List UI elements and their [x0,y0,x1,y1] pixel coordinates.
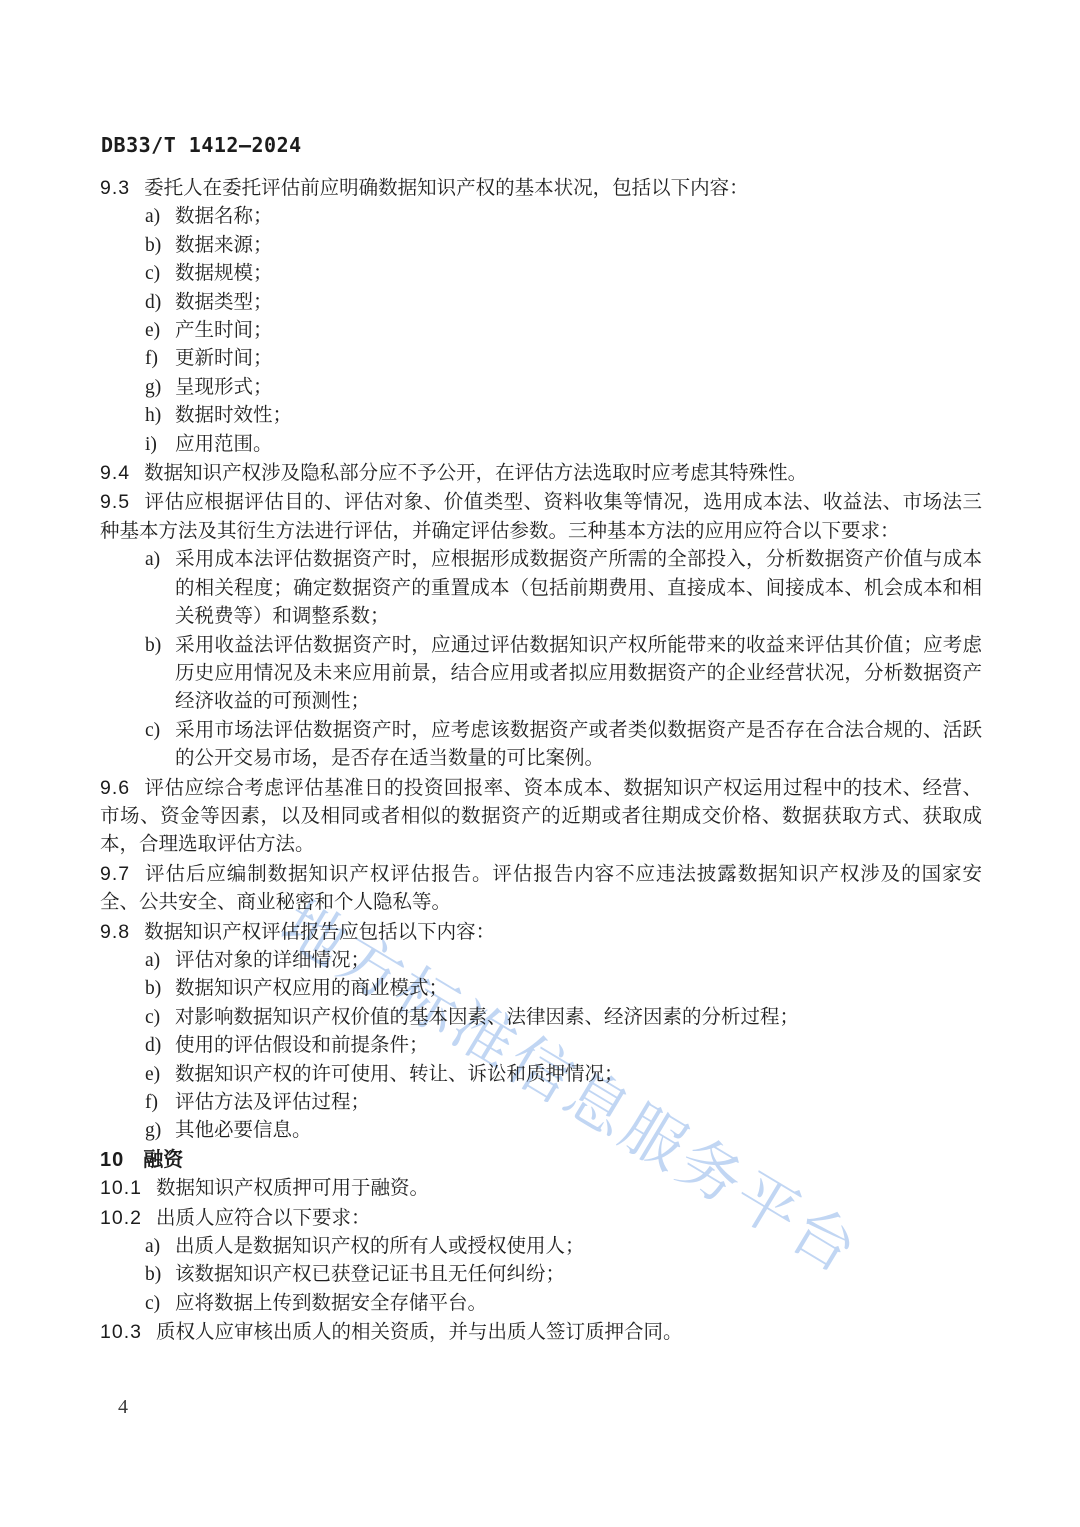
list-item: c)数据规模； [100,260,982,288]
item-letter: a) [145,203,175,231]
clause-number: 10.2 [100,1204,142,1232]
item-letter: c) [145,1004,175,1032]
item-letter: b) [145,975,175,1003]
clause-10-2-items: a)出质人是数据知识产权的所有人或授权使用人； b)该数据知识产权已获登记证书且… [100,1233,982,1318]
item-text: 使用的评估假设和前提条件； [175,1035,429,1056]
item-letter: a) [145,1233,175,1261]
list-item: g)其他必要信息。 [100,1117,982,1145]
clause-text: 数据知识产权评估报告应包括以下内容： [144,922,495,943]
item-letter: b) [145,232,175,260]
item-text: 呈现形式； [175,377,273,398]
clause-number: 9.6 [100,774,130,802]
item-text: 更新时间； [175,348,273,369]
item-text: 对影响数据知识产权价值的基本因素、法律因素、经济因素的分析过程； [175,1007,799,1028]
item-text: 数据知识产权应用的商业模式； [175,978,448,999]
item-letter: b) [145,1261,175,1289]
list-item: a)出质人是数据知识产权的所有人或授权使用人； [100,1233,982,1261]
clause-9-3: 9.3委托人在委托评估前应明确数据知识产权的基本状况，包括以下内容： [100,174,982,203]
list-item: b)数据来源； [100,232,982,260]
item-letter: b) [145,632,175,660]
item-letter: g) [145,374,175,402]
item-text: 应用范围。 [175,434,273,455]
clause-9-7: 9.7评估后应编制数据知识产权评估报告。评估报告内容不应违法披露数据知识产权涉及… [100,860,982,918]
clause-10-2: 10.2出质人应符合以下要求： [100,1204,982,1233]
clause-text: 委托人在委托评估前应明确数据知识产权的基本状况，包括以下内容： [144,178,749,199]
document-body: 9.3委托人在委托评估前应明确数据知识产权的基本状况，包括以下内容： a)数据名… [100,174,982,1348]
item-text: 数据时效性； [175,405,292,426]
clause-9-8-items: a)评估对象的详细情况； b)数据知识产权应用的商业模式； c)对影响数据知识产… [100,947,982,1146]
clause-number: 9.5 [100,488,130,516]
clause-10-1: 10.1数据知识产权质押可用于融资。 [100,1174,982,1203]
item-text: 数据规模； [175,263,273,284]
item-text: 评估方法及评估过程； [175,1092,370,1113]
item-text: 采用市场法评估数据资产时，应考虑该数据资产或者类似数据资产是否存在合法合规的、活… [175,720,982,769]
item-letter: c) [145,260,175,288]
item-text: 数据类型； [175,292,273,313]
clause-text: 评估后应编制数据知识产权评估报告。评估报告内容不应违法披露数据知识产权涉及的国家… [100,864,982,913]
doc-number-header: DB33/T 1412—2024 [101,133,302,157]
clause-9-5: 9.5评估应根据评估目的、评估对象、价值类型、资料收集等情况，选用成本法、收益法… [100,488,982,546]
clause-10-3: 10.3质权人应审核出质人的相关资质，并与出质人签订质押合同。 [100,1318,982,1347]
section-heading-financing: 10融资 [100,1146,982,1174]
clause-9-6: 9.6评估应综合考虑评估基准日的投资回报率、资本成本、数据知识产权运用过程中的技… [100,774,982,860]
list-item: f)评估方法及评估过程； [100,1089,982,1117]
page-number: 4 [118,1396,128,1419]
clause-text: 质权人应审核出质人的相关资质，并与出质人签订质押合同。 [156,1322,683,1343]
list-item: g)呈现形式； [100,374,982,402]
list-item: a)评估对象的详细情况； [100,947,982,975]
item-text: 数据知识产权的许可使用、转让、诉讼和质押情况； [175,1064,624,1085]
clause-number: 9.3 [100,174,130,202]
clause-number: 10.1 [100,1174,142,1202]
clause-9-5-items: a)采用成本法评估数据资产时，应根据形成数据资产所需的全部投入，分析数据资产价值… [100,546,982,773]
list-item: d)使用的评估假设和前提条件； [100,1032,982,1060]
list-item: b)采用收益法评估数据资产时，应通过评估数据知识产权所能带来的收益来评估其价值；… [100,632,982,717]
item-text: 其他必要信息。 [175,1120,312,1141]
clause-number: 9.8 [100,918,130,946]
item-letter: c) [145,717,175,745]
item-letter: f) [145,1089,175,1117]
item-letter: g) [145,1117,175,1145]
list-item: e)产生时间； [100,317,982,345]
list-item: h)数据时效性； [100,402,982,430]
list-item: c)对影响数据知识产权价值的基本因素、法律因素、经济因素的分析过程； [100,1004,982,1032]
item-letter: i) [145,431,175,459]
document-page: 地方标准信息服务平台 DB33/T 1412—2024 9.3委托人在委托评估前… [0,0,1080,1527]
clause-text: 评估应根据评估目的、评估对象、价值类型、资料收集等情况，选用成本法、收益法、市场… [100,492,982,541]
item-letter: d) [145,289,175,317]
item-text: 采用收益法评估数据资产时，应通过评估数据知识产权所能带来的收益来评估其价值；应考… [175,635,982,713]
item-letter: e) [145,317,175,345]
list-item: b)该数据知识产权已获登记证书且无任何纠纷； [100,1261,982,1289]
item-text: 出质人是数据知识产权的所有人或授权使用人； [175,1236,585,1257]
item-letter: f) [145,345,175,373]
clause-text: 数据知识产权涉及隐私部分应不予公开，在评估方法选取时应考虑其特殊性。 [144,463,807,484]
clause-9-4: 9.4数据知识产权涉及隐私部分应不予公开，在评估方法选取时应考虑其特殊性。 [100,459,982,488]
clause-number: 10.3 [100,1318,142,1346]
list-item: e)数据知识产权的许可使用、转让、诉讼和质押情况； [100,1061,982,1089]
list-item: f)更新时间； [100,345,982,373]
item-letter: c) [145,1290,175,1318]
clause-text: 出质人应符合以下要求： [156,1208,371,1229]
list-item: i)应用范围。 [100,431,982,459]
item-letter: e) [145,1061,175,1089]
item-text: 应将数据上传到数据安全存储平台。 [175,1293,487,1314]
clause-text: 数据知识产权质押可用于融资。 [156,1178,429,1199]
list-item: c)应将数据上传到数据安全存储平台。 [100,1290,982,1318]
list-item: b)数据知识产权应用的商业模式； [100,975,982,1003]
clause-number: 9.4 [100,459,130,487]
clause-number: 9.7 [100,860,130,888]
clause-text: 评估应综合考虑评估基准日的投资回报率、资本成本、数据知识产权运用过程中的技术、经… [100,778,982,856]
clause-9-3-items: a)数据名称； b)数据来源； c)数据规模； d)数据类型； e)产生时间； … [100,203,982,459]
list-item: c)采用市场法评估数据资产时，应考虑该数据资产或者类似数据资产是否存在合法合规的… [100,717,982,774]
item-letter: a) [145,947,175,975]
clause-9-8: 9.8数据知识产权评估报告应包括以下内容： [100,918,982,947]
item-letter: h) [145,402,175,430]
item-text: 该数据知识产权已获登记证书且无任何纠纷； [175,1264,565,1285]
section-title: 融资 [143,1149,183,1171]
item-letter: a) [145,546,175,574]
list-item: d)数据类型； [100,289,982,317]
item-text: 采用成本法评估数据资产时，应根据形成数据资产所需的全部投入，分析数据资产价值与成… [175,549,982,627]
item-text: 评估对象的详细情况； [175,950,370,971]
section-number: 10 [100,1149,124,1171]
list-item: a)数据名称； [100,203,982,231]
item-text: 数据来源； [175,235,273,256]
item-text: 产生时间； [175,320,273,341]
list-item: a)采用成本法评估数据资产时，应根据形成数据资产所需的全部投入，分析数据资产价值… [100,546,982,631]
item-letter: d) [145,1032,175,1060]
item-text: 数据名称； [175,206,273,227]
